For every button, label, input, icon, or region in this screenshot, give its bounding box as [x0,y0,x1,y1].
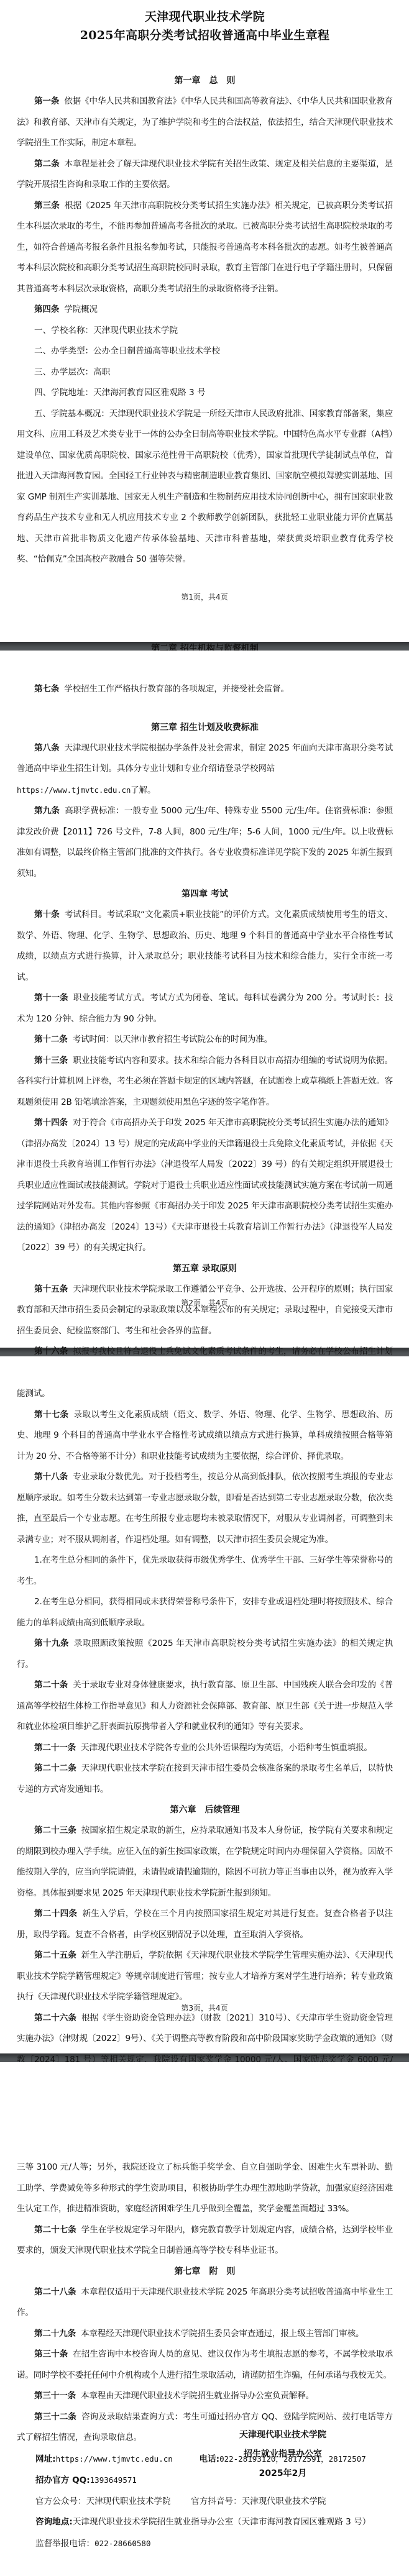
article-label: 第三条 [34,201,60,211]
article-19: 第十九条录取照顾政策按照《2025 年天津市高职院校分类考试招生实施办法》的相关… [17,1633,393,1675]
wechat-account: 天津现代职业技术学院 [86,2496,171,2506]
article-30: 第三十条在招生咨询中本校咨询人员的意见、建议仅作为考生填报志愿的参考，不属学校录… [17,2344,393,2386]
school-website-link[interactable]: https://www.tjmvtc.edu.cn [17,785,131,795]
article-label: 第二十七条 [34,2225,76,2235]
page-4: 三等 3100 元/人等；另外，我院还设立了标兵能手奖学金、自立自强助学金、困难… [0,2062,409,2576]
article-label: 第四条 [34,304,59,314]
page-footer: 第1页，共4页 [0,591,409,602]
article-label: 第十九条 [34,1638,69,1648]
article-label: 第十六条 [34,1346,68,1356]
chapter-6-heading: 第六章 后续管理 [17,1800,393,1820]
contact-address: 咨询地点:天津现代职业技术学院招生就业指导办公室（天津市海河教育园区雅观路 3 … [17,2512,393,2533]
website-label: 网址: [35,2454,56,2464]
chapter-1-heading: 第一章 总 则 [17,71,393,91]
article-29: 第二十九条本章程经天津现代职业技术学院招生委员会审查通过，报上级主管部门审核。 [17,2324,393,2345]
article-15: 第十五条天津现代职业技术学院录取工作遵循公平竞争、公开选拔、公开程序的原则；执行… [17,1279,393,1342]
school-level-item: 三、办学层次：高职 [17,362,393,383]
article-label: 第三十一条 [34,2391,76,2401]
article-label: 第二十四条 [34,1909,77,1919]
article-13: 第十三条职业技能考试内容和要求。技术和综合能力各科目以市高招办组编的考试说明为依… [17,1051,393,1113]
spacer [17,570,393,639]
school-overview: 五、学院基本概况：天津现代职业技术学院是一所经天津市人民政府批准、国家教育部备案… [17,404,393,570]
article-12: 第十二条考试时间：以天津市教育招生考试院公布的时间为准。 [17,1030,393,1051]
wechat-label: 官方公众号： [35,2496,86,2506]
article-20: 第二十条关于录取专业对身体健康要求，执行教育部、原卫生部、中国残疾人联合会印发的… [17,1675,393,1738]
page-1: 天津现代职业技术学院 2025年高职分类考试招收普通高中毕业生章程 第一章 总 … [0,0,409,642]
article-4: 第四条学院概况 [17,299,393,321]
spacer [17,700,393,718]
page-3: 能测试。 第十七条录取以考生文化素质成绩（语文、数学、外语、物理、化学、生物学、… [0,1356,409,2053]
article-9: 第九条高职学费标准：一般专业 5000 元/生/年、特殊专业 5500 元/生/… [17,801,393,884]
article-2: 第二条本章程是社会了解天津现代职业技术学院有关招生政策、规定及相关信息的主要渠道… [17,154,393,196]
report-phone: 022-28660580 [94,2539,150,2548]
article-label: 第二十三条 [34,1825,76,1835]
article-label: 第九条 [34,806,60,816]
douyin-label: 官方抖音号： [191,2496,242,2506]
school-type-item: 二、办学类型：公办全日制普通高等职业技术学校 [17,341,393,362]
signature-block: 天津现代职业技术学院 招生就业指导办公室 2025年2月 [230,2426,336,2483]
article-label: 第十七条 [34,1410,69,1420]
article-10: 第十条考试科目。考试采取“文化素质+职业技能”的评价方式。文化素质成绩使用考生的… [17,905,393,988]
article-14: 第十四条对于符合《市高招办关于印发 2025 年天津市高职院校分类考试招生实施办… [17,1113,393,1259]
article-label: 第二十条 [34,1680,68,1690]
article-7: 第七条学校招生工作严格执行教育部的各项规定，并接受社会监督。 [17,679,393,700]
article-label: 第八条 [34,743,60,753]
qq-label: 招办官方 QQ: [35,2475,90,2485]
chapter-4-heading: 第四章 考试 [17,884,393,905]
article-label: 第十二条 [34,1035,68,1044]
contact-social: 官方公众号：天津现代职业技术学院 官方抖音号：天津现代职业技术学院 [17,2492,393,2513]
article-label: 第一条 [34,96,59,106]
contact-qq: 招办官方 QQ:1393649571 [17,2470,393,2492]
article-label: 第二十一条 [34,1743,76,1753]
chapter-7-heading: 第七章 附 则 [17,2262,393,2282]
article-31: 第三十一条本章程由天津现代职业技术学院招生就业指导办公室负责解释。 [17,2386,393,2407]
page-footer: 第2页，共4页 [0,1297,409,1308]
article-17: 第十七条录取以考生文化素质成绩（语文、数学、外语、物理、化学、生物学、思想政治、… [17,1405,393,1468]
website-link[interactable]: https://www.tjmvtc.edu.cn [56,2454,173,2464]
signature-office: 招生就业指导办公室 [230,2445,336,2464]
school-name-item: 一、学校名称：天津现代职业技术学院 [17,321,393,342]
page-2: 第七条学校招生工作严格执行教育部的各项规定，并接受社会监督。 第三章 招生计划及… [0,651,409,1348]
signature-date: 2025年2月 [230,2464,336,2483]
article-18-item-1: 1.在考生总分相同的条件下，优先录取获得市级优秀学生、优秀学生干部、三好学生等荣… [17,1550,393,1592]
signature-org: 天津现代职业技术学院 [230,2426,336,2445]
article-label: 第十条 [34,910,60,920]
article-label: 第二十二条 [34,1763,76,1773]
article-label: 第二十五条 [34,1950,76,1960]
article-22: 第二十二条天津现代职业技术学院在接到天津市招生委员会核准备案的录取考生名单后，以… [17,1758,393,1800]
article-label: 第三十二条 [34,2412,76,2422]
article-label: 第十三条 [34,1056,68,1066]
chapter-5-heading: 第五章 录取原则 [17,1259,393,1279]
report-label: 监督举报电话： [35,2539,94,2549]
article-32: 第三十二条咨询及录取结果查询方式：考生可通过招办官方 QQ、登陆学院网站、拨打电… [17,2407,393,2449]
article-label: 第三十条 [34,2349,68,2359]
article-18-item-2: 2.在考生总分相同，获得相同或未获得荣誉称号条件下，安排专业或退档处理时将按照技… [17,1592,393,1633]
article-label: 第二十八条 [34,2287,76,2297]
document-title-line1: 天津现代职业技术学院 [17,7,393,26]
article-24: 第二十四条新生入学后，学校在三个月内按照国家招生规定对其进行复查。复查合格者予以… [17,1904,393,1945]
article-label: 第十五条 [34,1284,68,1294]
article-25: 第二十五条新生入学注册后，学院依据《天津现代职业技术学院学生管理实施办法》、《天… [17,1945,393,2008]
article-18: 第十八条专业录取分数优先。对于投档考生，按总分从高到低排队，依次按照考生填报的专… [17,1467,393,1550]
article-16-continued: 能测试。 [17,1384,393,1405]
article-label: 第十八条 [34,1472,68,1482]
contact-website-phone: 网址:https://www.tjmvtc.edu.cn 电话:022-2819… [17,2449,393,2470]
school-address-item: 四、学院地址：天津海河教育园区雅观路 3 号 [17,383,393,404]
document-title-line2: 2025年高职分类考试招收普通高中毕业生章程 [17,26,393,45]
address-text: 天津现代职业技术学院招生就业指导办公室（天津市海河教育园区雅观路 3 号） [73,2517,370,2527]
article-label: 第十四条 [34,1118,68,1128]
page-footer: 第3页，共4页 [0,2003,409,2013]
contact-report: 监督举报电话：022-28660580 [17,2533,393,2555]
article-26-continued: 三等 3100 元/人等；另外，我院还设立了标兵能手奖学金、自立自强助学金、困难… [17,2157,393,2220]
article-label: 第二十六条 [34,2013,76,2023]
article-label: 第二条 [34,159,60,169]
address-label: 咨询地点: [35,2517,73,2527]
douyin-account: 天津现代职业技术学院 [242,2496,326,2506]
article-23: 第二十三条按国家招生规定录取的新生，应持录取通知书及本人身份证，按学院有关要求和… [17,1820,393,1904]
article-label: 第二十九条 [34,2329,76,2339]
phone-label: 电话: [199,2454,219,2464]
article-label: 第七条 [34,684,59,694]
article-8: 第八条天津现代职业技术学院根据办学条件及社会需求，制定 2025 年面向天津市高… [17,738,393,802]
article-11: 第十一条职业技能考试方式。考试方式为闭卷、笔试。每科试卷满分为 200 分。考试… [17,988,393,1030]
article-21: 第二十一条天津现代职业技术学院各专业的公共外语课程均为英语，小语种考生慎重填报。 [17,1738,393,1759]
article-28: 第二十八条本章程仅适用于天津现代职业技术学院 2025 年高职分类考试招收普通高… [17,2282,393,2324]
article-27: 第二十七条学生在学校规定学习年限内，修完教育教学计划规定内容，成绩合格，达到学校… [17,2220,393,2262]
chapter-3-heading: 第三章 招生计划及收费标准 [17,718,393,738]
article-1: 第一条依据《中华人民共和国教育法》《中华人民共和国高等教育法》、《中华人民共和国… [17,91,393,154]
article-3: 第三条根据《2025 年天津市高职院校分类考试招生实施办法》相关规定，已被高职分… [17,196,393,300]
article-label: 第十一条 [34,993,68,1003]
qq-number: 1393649571 [90,2475,137,2485]
